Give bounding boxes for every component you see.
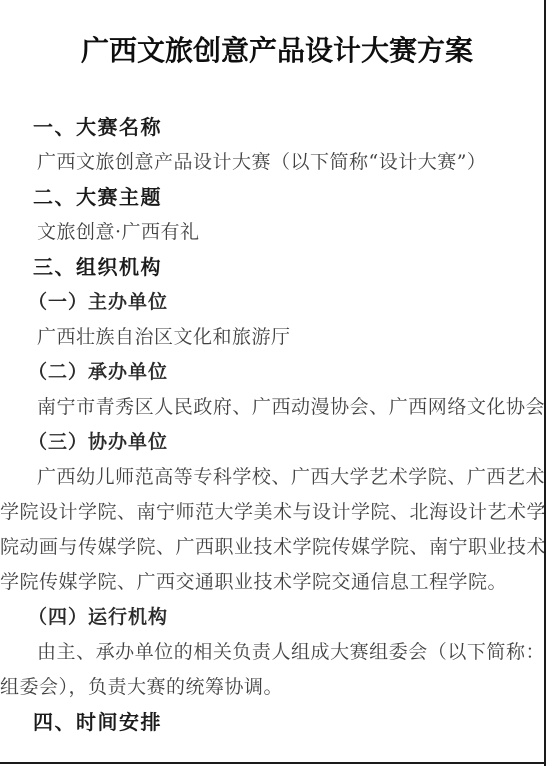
sub-heading-organizer-unit: （二）承办单位 [0,355,545,390]
co-organizer-line-4: 学院传媒学院、广西交通职业技术学院交通信息工程学院。 [0,565,545,600]
operating-body-line-2: 组委会），负责大赛的统筹协调。 [0,670,545,705]
competition-name-line: 广西文旅创意产品设计大赛（以下简称“设计大赛”） [0,145,545,180]
theme-line: 文旅创意·广西有礼 [0,215,545,250]
operating-body-line-1: 由主、承办单位的相关负责人组成大赛组委会（以下简称： [0,635,545,670]
section-heading-2: 二、大赛主题 [0,180,545,215]
page-title: 广西文旅创意产品设计大赛方案 [0,0,554,72]
sub-heading-co-organizer-unit: （三）协办单位 [0,425,545,460]
page-bottom-border [0,762,546,764]
sub-heading-host-unit: （一）主办单位 [0,285,545,320]
co-organizer-line-3: 院动画与传媒学院、广西职业技术学院传媒学院、南宁职业技术 [0,530,545,565]
section-heading-3: 三、组织机构 [0,250,545,285]
document-body: 一、大赛名称 广西文旅创意产品设计大赛（以下简称“设计大赛”） 二、大赛主题 文… [0,110,545,740]
section-heading-1: 一、大赛名称 [0,110,545,145]
host-unit-line: 广西壮族自治区文化和旅游厅 [0,320,545,355]
sub-heading-operating-body: （四）运行机构 [0,600,545,635]
page-right-border [544,0,546,766]
section-heading-4: 四、时间安排 [0,705,545,740]
co-organizer-line-1: 广西幼儿师范高等专科学校、广西大学艺术学院、广西艺术 [0,460,545,495]
organizer-unit-line: 南宁市青秀区人民政府、广西动漫协会、广西网络文化协会 [0,390,545,425]
co-organizer-line-2: 学院设计学院、南宁师范大学美术与设计学院、北海设计艺术学 [0,495,545,530]
document-page: 广西文旅创意产品设计大赛方案 一、大赛名称 广西文旅创意产品设计大赛（以下简称“… [0,0,554,766]
